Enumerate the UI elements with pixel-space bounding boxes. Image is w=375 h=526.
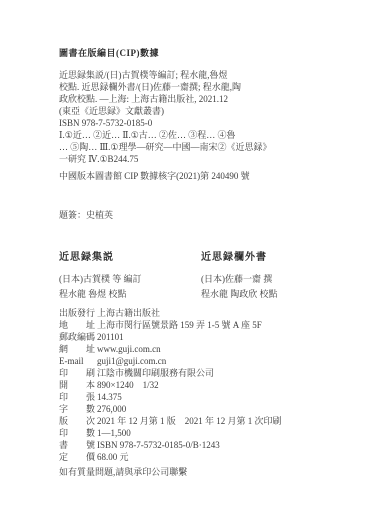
pub-row-website: 網 址 www.guji.com.cn — [59, 343, 335, 355]
publication-info-block: 出版發行 上海古籍出版社 地 址 上海市閔行區號景路 159 弄 1-5 號 A… — [59, 307, 335, 463]
cip-isbn-line: ISBN 978-7-5732-0185-0 — [59, 117, 335, 129]
pub-label: 印 張 — [59, 391, 97, 403]
book-title-right: 近思録欄外書 — [201, 252, 278, 264]
pub-value: 1—1,500 — [97, 427, 131, 439]
pub-row-format: 開 本 890×1240 1/32 — [59, 379, 335, 391]
cip-record-line: 近思録集説/(日)古賀樸等編訂; 程水龍,魯煜 — [59, 69, 335, 81]
cip-classification-line: … ⑤陶… Ⅲ.①理學—研究—中國—南宋②《近思録》 — [59, 141, 335, 153]
pub-value: www.guji.com.cn — [97, 343, 161, 355]
book-collator-left: 程水龍 魯煜 校點 — [59, 288, 201, 300]
pub-label: 印 數 — [59, 427, 97, 439]
quality-note: 如有質量問題,請與承印公司聯繫 — [59, 466, 335, 478]
pub-label: 郵政編碼 — [59, 331, 97, 343]
pub-value: ISBN 978-7-5732-0185-0/B·1243 — [97, 439, 220, 451]
pub-value: 14.375 — [97, 391, 122, 403]
pub-row-email: E-mail guji1@guji.com.cn — [59, 355, 335, 367]
book-titles-section: 近思録集説 (日本)古賀樸 等 編訂 程水龍 魯煜 校點 近思録欄外書 (日本)… — [59, 252, 335, 300]
pub-row-printer: 印 刷 江陰市機關印刷服務有限公司 — [59, 367, 335, 379]
pub-label: 開 本 — [59, 379, 97, 391]
pub-label: E-mail — [59, 355, 97, 367]
inscription-line: 題簽：史植英 — [59, 209, 335, 221]
pub-row-edition: 版 次 2021 年 12 月第 1 版 2021 年 12 月第 1 次印刷 — [59, 415, 335, 427]
pub-value: 上海古籍出版社 — [97, 307, 160, 319]
cip-record-line: 校點. 近思録欄外書/(日)佐藤一齋撰; 程水龍,陶 — [59, 81, 335, 93]
pub-label: 網 址 — [59, 343, 97, 355]
pub-value: guji1@guji.com.cn — [97, 355, 166, 367]
cip-series-line: (東亞《近思録》文獻叢書) — [59, 105, 335, 117]
copyright-page: 圖書在版編目(CIP)數據 近思録集説/(日)古賀樸等編訂; 程水龍,魯煜 校點… — [0, 0, 375, 526]
pub-value: 68.00 元 — [97, 451, 129, 463]
pub-row-wordcount: 字 數 276,000 — [59, 403, 335, 415]
pub-row-address: 地 址 上海市閔行區號景路 159 弄 1-5 號 A 座 5F — [59, 319, 335, 331]
pub-row-printrun: 印 數 1—1,500 — [59, 427, 335, 439]
pub-value: 276,000 — [97, 403, 126, 415]
pub-row-sheets: 印 張 14.375 — [59, 391, 335, 403]
pub-label: 印 刷 — [59, 367, 97, 379]
cip-header: 圖書在版編目(CIP)數據 — [59, 47, 335, 59]
pub-value: 上海市閔行區號景路 159 弄 1-5 號 A 座 5F — [97, 319, 262, 331]
pub-value: 201101 — [97, 331, 124, 343]
pub-label: 書 號 — [59, 439, 97, 451]
book-collator-right: 程水龍 陶政欣 校點 — [201, 288, 278, 300]
pub-row-postcode: 郵政編碼 201101 — [59, 331, 335, 343]
pub-row-isbn: 書 號 ISBN 978-7-5732-0185-0/B·1243 — [59, 439, 335, 451]
pub-value: 江陰市機關印刷服務有限公司 — [97, 367, 214, 379]
book-title-left: 近思録集説 — [59, 252, 201, 264]
pub-row-publisher: 出版發行 上海古籍出版社 — [59, 307, 335, 319]
book-editor-right: (日本)佐藤一齋 撰 — [201, 273, 278, 285]
pub-label: 字 數 — [59, 403, 97, 415]
cip-classification-line: 一研究 Ⅳ.①B244.75 — [59, 153, 335, 165]
book-editor-left: (日本)古賀樸 等 編訂 — [59, 273, 201, 285]
page-content: 圖書在版編目(CIP)數據 近思録集説/(日)古賀樸等編訂; 程水龍,魯煜 校點… — [0, 0, 375, 478]
pub-label: 定 價 — [59, 451, 97, 463]
pub-row-price: 定 價 68.00 元 — [59, 451, 335, 463]
book-title-right-col: 近思録欄外書 (日本)佐藤一齋 撰 程水龍 陶政欣 校點 — [201, 252, 278, 300]
cip-record-line: 政欣校點. —上海: 上海古籍出版社, 2021.12 — [59, 93, 335, 105]
cip-classification-line: Ⅰ.①近… ②近… Ⅱ.①古… ②佐… ③程… ④魯 — [59, 129, 335, 141]
pub-label: 出版發行 — [59, 307, 97, 319]
pub-label: 地 址 — [59, 319, 97, 331]
book-title-left-col: 近思録集説 (日本)古賀樸 等 編訂 程水龍 魯煜 校點 — [59, 252, 201, 300]
pub-value: 2021 年 12 月第 1 版 2021 年 12 月第 1 次印刷 — [97, 415, 282, 427]
pub-value: 890×1240 1/32 — [97, 379, 159, 391]
cip-registry-line: 中國版本圖書館 CIP 數據核字(2021)第 240490 號 — [59, 170, 335, 182]
pub-label: 版 次 — [59, 415, 97, 427]
cip-record-block: 近思録集説/(日)古賀樸等編訂; 程水龍,魯煜 校點. 近思録欄外書/(日)佐藤… — [59, 69, 335, 165]
